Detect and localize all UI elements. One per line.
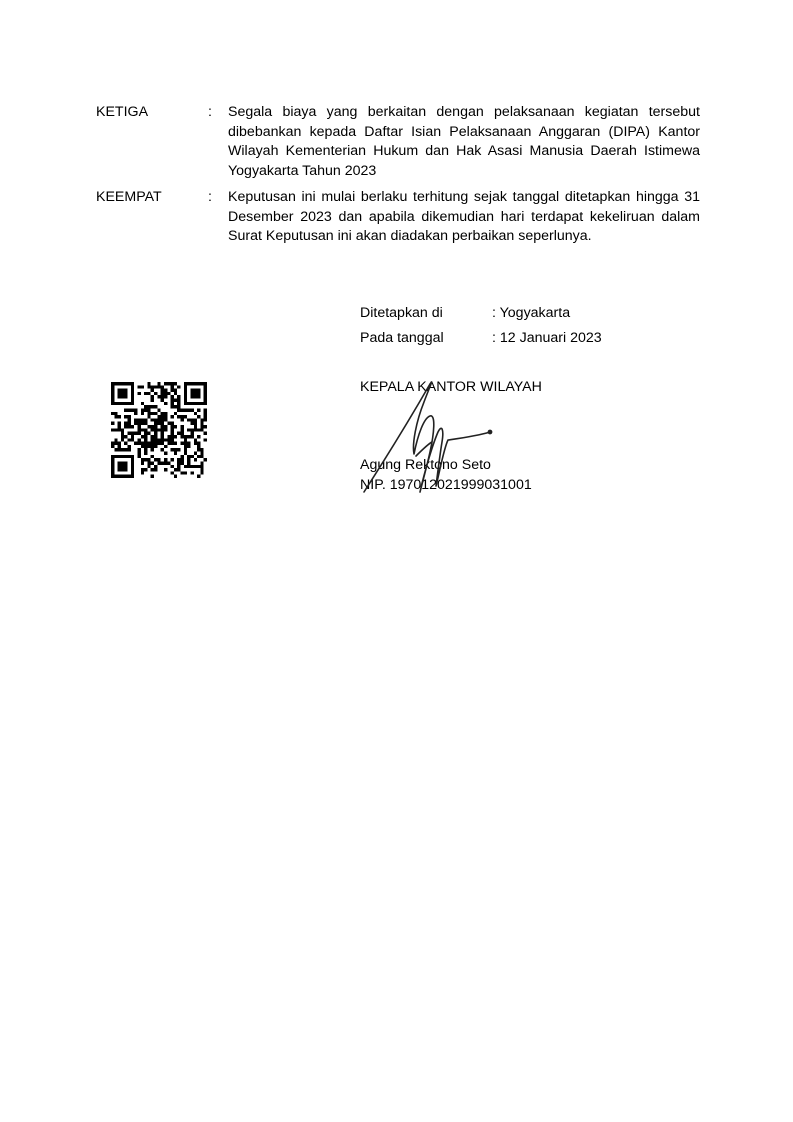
clause-label: KEEMPAT (96, 188, 162, 208)
clause-line: Wilayah Kementerian Hukum dan Hak Asasi … (228, 142, 700, 162)
clause-line: dibebankan kepada Daftar Isian Pelaksana… (228, 123, 700, 143)
date-value: : 12 Januari 2023 (492, 329, 602, 348)
clause-line: Desember 2023 dan apabila dikemudian har… (228, 208, 700, 228)
date-label: Pada tanggal (360, 329, 444, 348)
place-value: : Yogyakarta (492, 304, 570, 323)
document-page: KETIGA : Segala biaya yang berkaitan den… (0, 0, 793, 1122)
clause-line: Segala biaya yang berkaitan dengan pelak… (228, 103, 700, 123)
clause-line: Surat Keputusan ini akan diadakan perbai… (228, 227, 700, 247)
signature-icon (352, 374, 502, 499)
qr-code-icon (111, 381, 207, 479)
clause-colon: : (208, 103, 212, 123)
clause-body: Segala biaya yang berkaitan dengan pelak… (228, 103, 700, 181)
clause-label: KETIGA (96, 103, 148, 123)
place-label: Ditetapkan di (360, 304, 443, 323)
clause-line: Yogyakarta Tahun 2023 (228, 162, 700, 182)
clause-colon: : (208, 188, 212, 208)
clause-line: Keputusan ini mulai berlaku terhitung se… (228, 188, 700, 208)
clause-body: Keputusan ini mulai berlaku terhitung se… (228, 188, 700, 247)
